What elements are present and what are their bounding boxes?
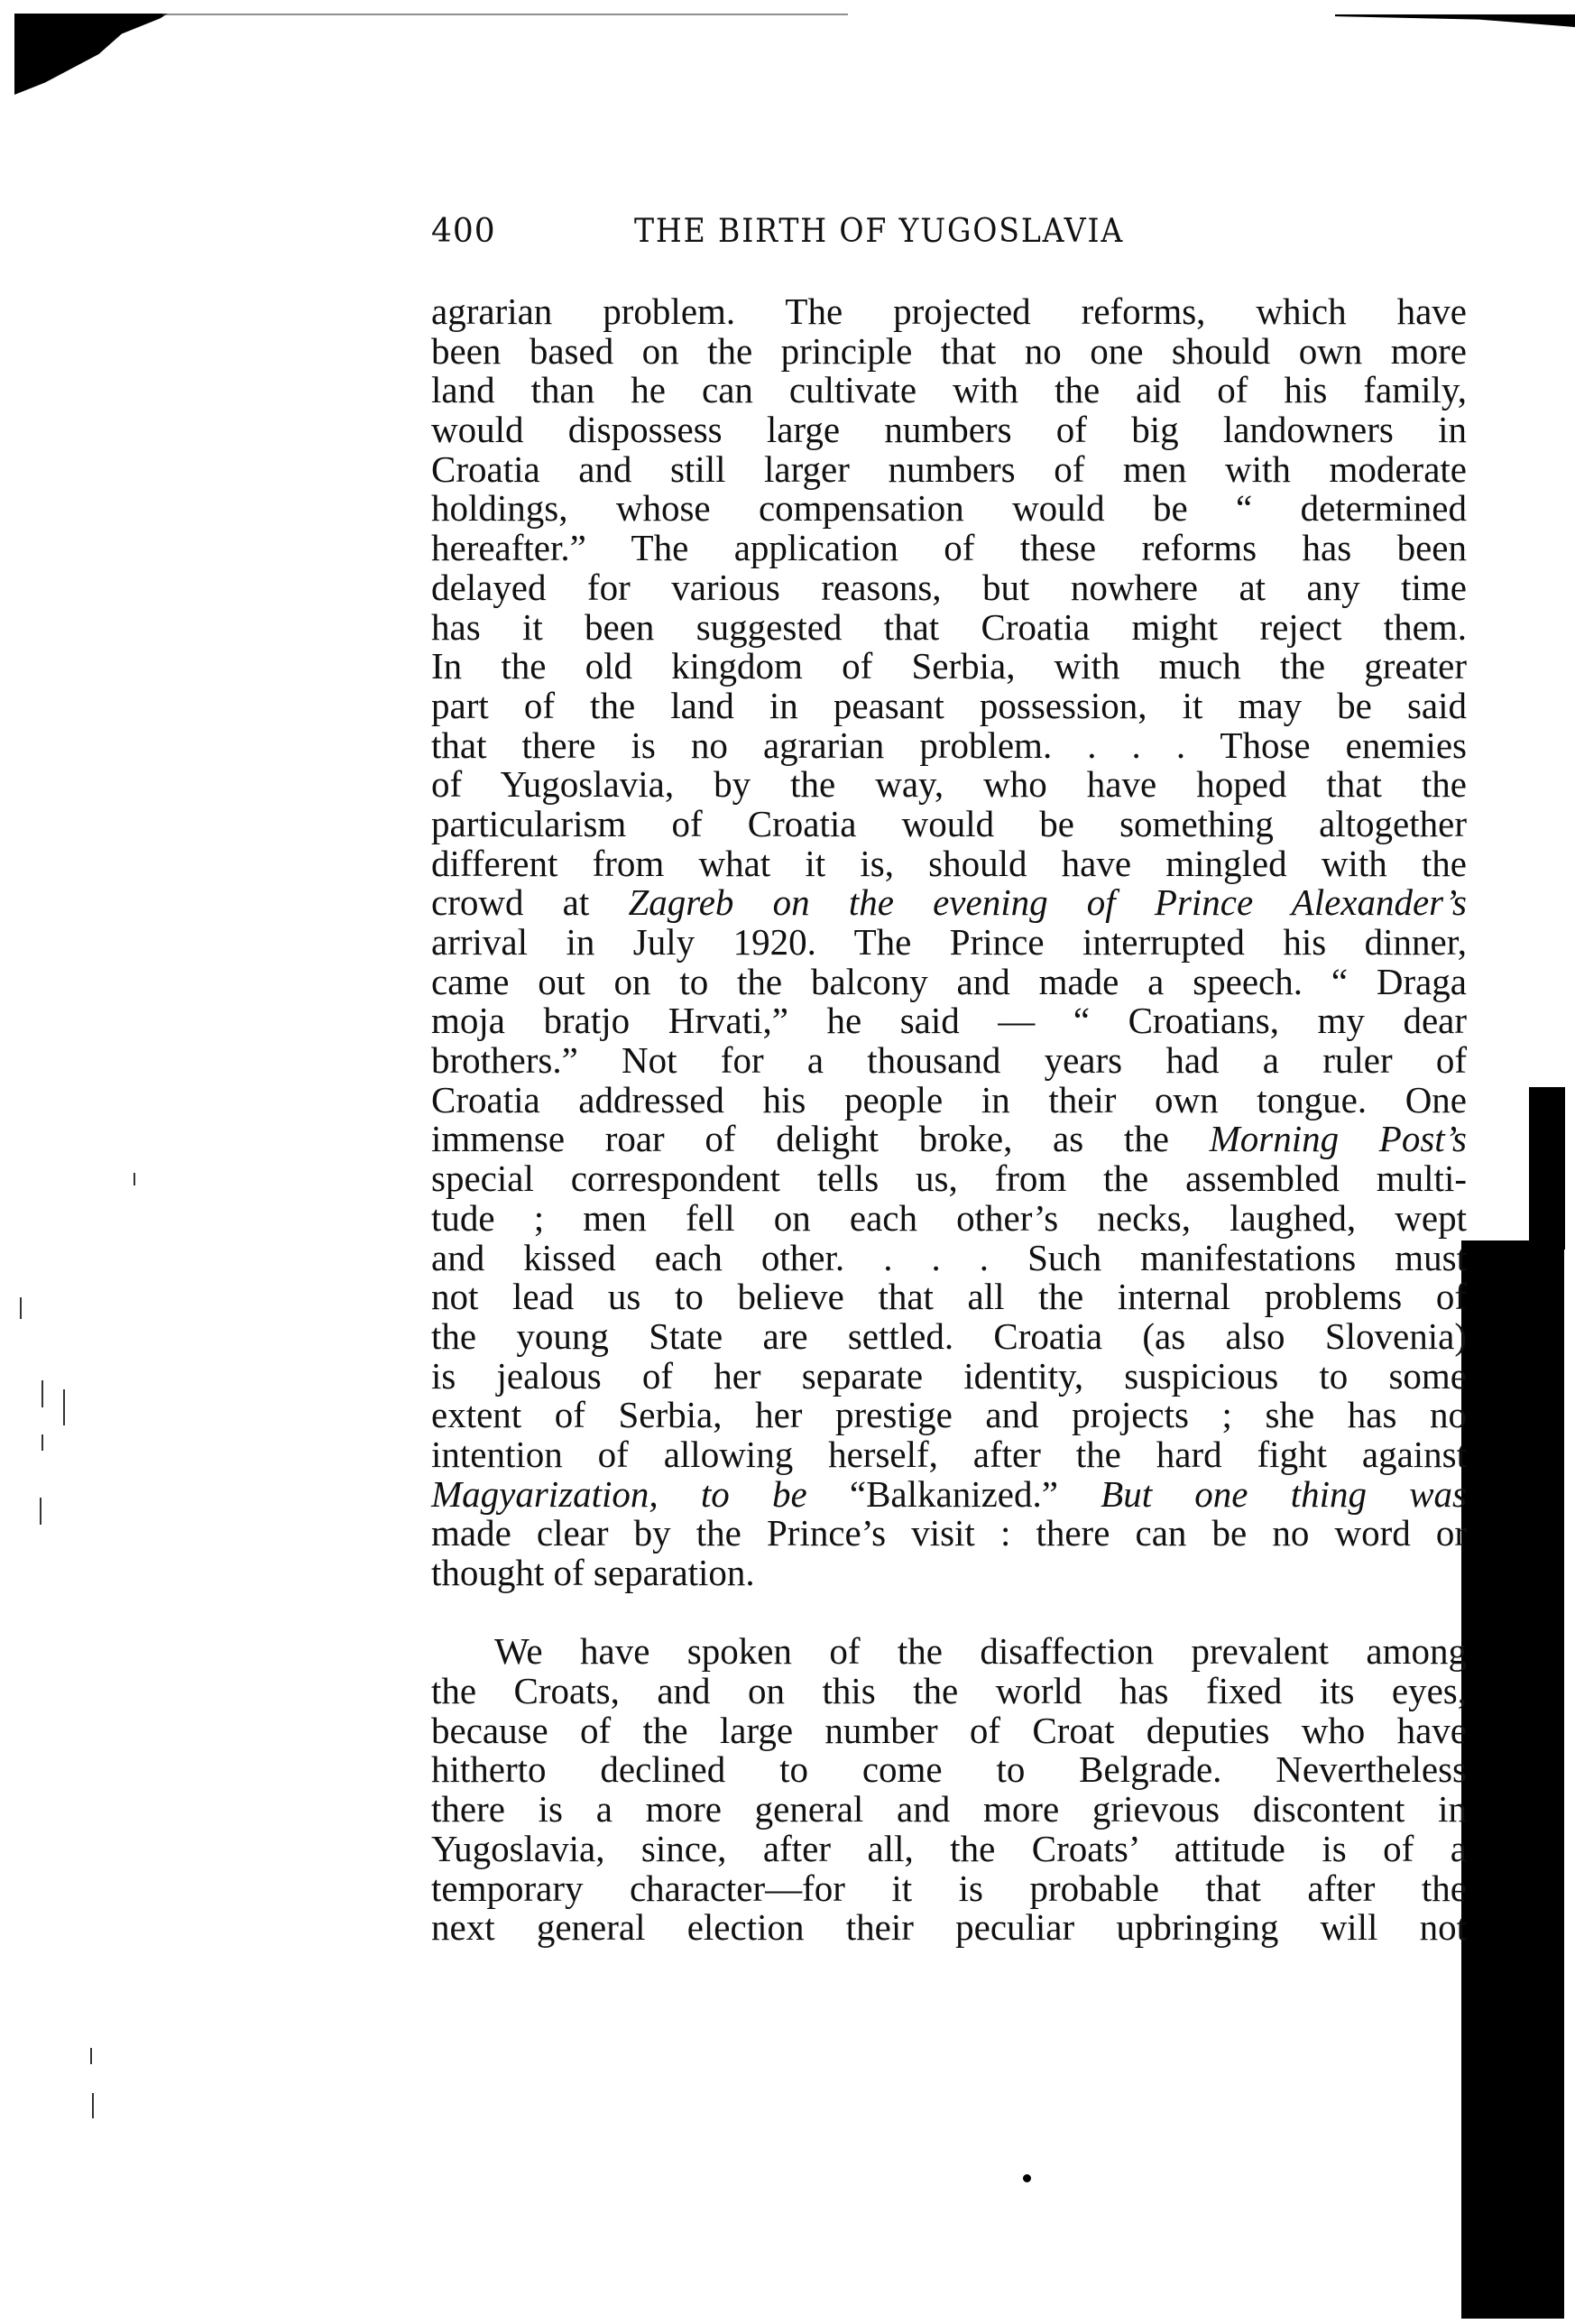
paragraph-2: We have spoken of the disaffection preva… (431, 1632, 1467, 1948)
text-line: intention of allowing herself, after the… (431, 1435, 1467, 1475)
text-line: that there is no agrarian problem. . . .… (431, 726, 1467, 766)
text-line: land than he can cultivate with the aid … (431, 371, 1467, 410)
text-line: hereafter.” The application of these ref… (431, 529, 1467, 568)
text-line: Magyarization, to be “Balkanized.” But o… (431, 1475, 1467, 1515)
italic-segment: Zagreb on the evening of Prince Alexande… (628, 881, 1467, 923)
page-number: 400 (431, 213, 496, 250)
text-line: not lead us to believe that all the inte… (431, 1277, 1467, 1317)
scan-shadow-right-band (1461, 1240, 1564, 2319)
italic-segment: But one thing was (1101, 1473, 1467, 1515)
text-line: thought of separation. (431, 1554, 1467, 1593)
text-line: different from what it is, should have m… (431, 844, 1467, 884)
text-line: particularism of Croatia would be someth… (431, 805, 1467, 844)
text-segment: crowd at (431, 881, 628, 923)
page-edge-top (162, 14, 848, 15)
text-line: and kissed each other. . . . Such manife… (431, 1239, 1467, 1278)
text-line: because of the large number of Croat dep… (431, 1711, 1467, 1751)
running-head: 400 THE BIRTH OF YUGOSLAVIA (431, 213, 1469, 253)
text-line: agrarian problem. The projected reforms,… (431, 292, 1467, 332)
text-line: part of the land in peasant possession, … (431, 687, 1467, 726)
text-segment: immense roar of delight broke, as the (431, 1118, 1210, 1159)
text-line: came out on to the balcony and made a sp… (431, 963, 1467, 1002)
text-segment: “Balkanized.” (850, 1473, 1058, 1515)
scan-speck (134, 1173, 135, 1185)
text-line: hitherto declined to come to Belgrade. N… (431, 1750, 1467, 1790)
text-line: of Yugoslavia, by the way, who have hope… (431, 765, 1467, 805)
scan-speck (41, 1380, 43, 1407)
text-line: In the old kingdom of Serbia, with much … (431, 647, 1467, 687)
text-line: the Croats, and on this the world has fi… (431, 1672, 1467, 1711)
scan-speck (41, 1434, 43, 1451)
book-title: THE BIRTH OF YUGOSLAVIA (634, 213, 1124, 250)
text-line: been based on the principle that no one … (431, 332, 1467, 372)
text-line: has it been suggested that Croatia might… (431, 608, 1467, 648)
scanned-book-page: 400 THE BIRTH OF YUGOSLAVIA agrarian pro… (0, 0, 1575, 2324)
scan-speck (63, 1389, 65, 1425)
text-line: immense roar of delight broke, as the Mo… (431, 1120, 1467, 1159)
paragraph-gap (431, 1593, 1467, 1633)
text-line: holdings, whose compensation would be “ … (431, 489, 1467, 529)
body-text: agrarian problem. The projected reforms,… (431, 292, 1467, 1948)
text-line: there is a more general and more grievou… (431, 1790, 1467, 1830)
scan-dot (1023, 2174, 1031, 2182)
text-line: made clear by the Prince’s visit : there… (431, 1514, 1467, 1554)
scan-shadow-right-narrow (1529, 1087, 1565, 1250)
scan-shadow-top-right (1335, 14, 1575, 27)
italic-segment: Morning Post’s (1210, 1118, 1467, 1159)
text-line: crowd at Zagreb on the evening of Prince… (431, 883, 1467, 923)
text-line: arrival in July 1920. The Prince interru… (431, 923, 1467, 963)
text-line: is jealous of her separate identity, sus… (431, 1357, 1467, 1397)
text-line: temporary character—for it is probable t… (431, 1869, 1467, 1909)
text-line: special correspondent tells us, from the… (431, 1159, 1467, 1199)
scan-speck (20, 1297, 22, 1319)
scan-speck (92, 2093, 94, 2118)
text-line: next general election their peculiar upb… (431, 1908, 1467, 1948)
text-line: Croatia addressed his people in their ow… (431, 1081, 1467, 1120)
text-line: tude ; men fell on each other’s necks, l… (431, 1199, 1467, 1239)
text-line: We have spoken of the disaffection preva… (431, 1632, 1467, 1672)
text-line: the young State are settled. Croatia (as… (431, 1317, 1467, 1357)
paragraph-1: agrarian problem. The projected reforms,… (431, 292, 1467, 1593)
scan-shadow-top-left (14, 14, 168, 95)
text-line: Croatia and still larger numbers of men … (431, 450, 1467, 490)
text-line: brothers.” Not for a thousand years had … (431, 1041, 1467, 1081)
text-line: would dispossess large numbers of big la… (431, 410, 1467, 450)
italic-segment: Magyarization, to be (431, 1473, 807, 1515)
text-line: extent of Serbia, her prestige and proje… (431, 1396, 1467, 1435)
text-line: Yugoslavia, since, after all, the Croats… (431, 1830, 1467, 1869)
scan-speck (90, 2048, 92, 2064)
text-line: moja bratjo Hrvati,” he said — “ Croatia… (431, 1001, 1467, 1041)
scan-speck (40, 1498, 41, 1525)
text-line: delayed for various reasons, but nowhere… (431, 568, 1467, 608)
